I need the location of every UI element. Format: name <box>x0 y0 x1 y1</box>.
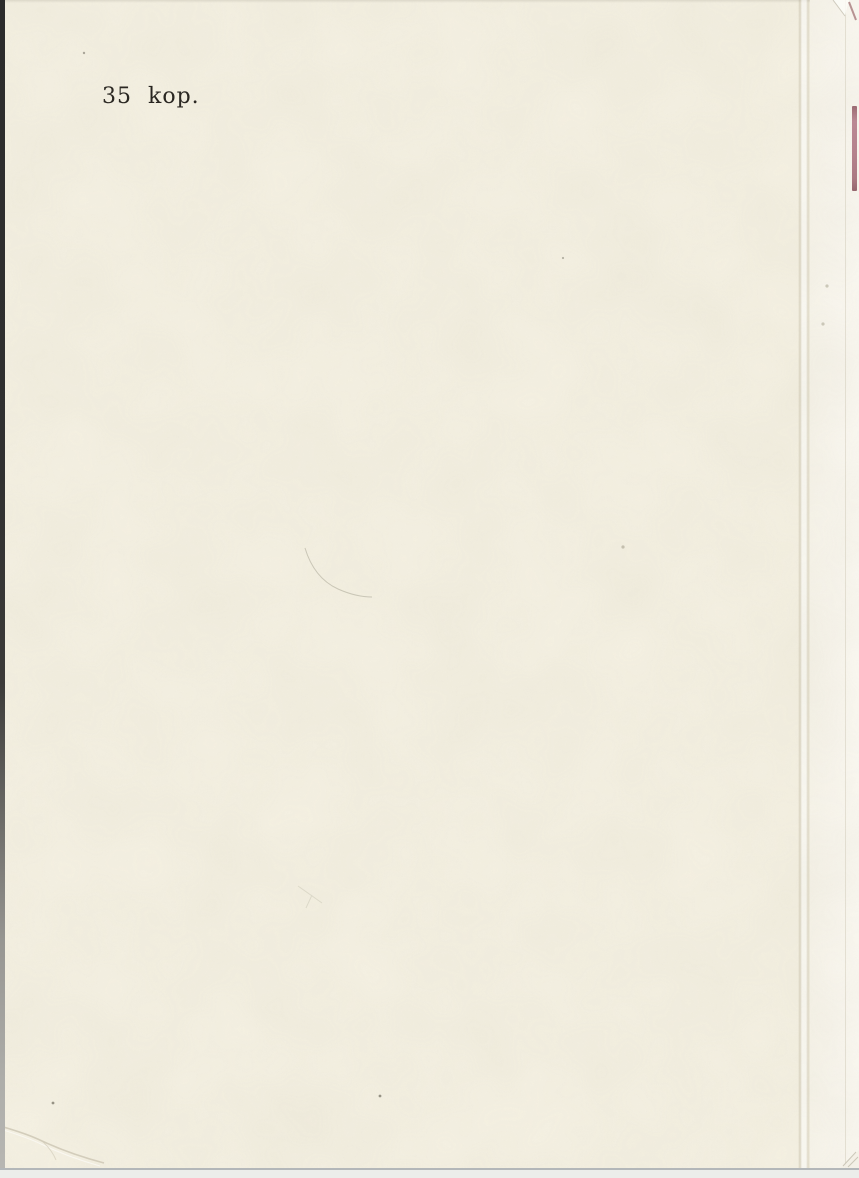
paper-speck <box>621 545 624 548</box>
scratch-mark <box>305 548 372 597</box>
corner-crease-bottom-left-shadow <box>0 1129 100 1166</box>
corner-crease-branch <box>42 1141 56 1160</box>
paper-fine-grain <box>0 0 859 1178</box>
corner-crease-bottom-left <box>0 1126 104 1163</box>
price-label: 35 kop. <box>102 84 200 109</box>
surface-marks <box>0 0 859 1178</box>
paper-speck <box>562 257 564 259</box>
paper-grain-texture <box>0 0 859 1178</box>
scanner-edge-left <box>0 0 5 1178</box>
paper-speck <box>83 52 85 54</box>
scanner-edge-bottom <box>0 1168 859 1178</box>
pink-ribbon-edge <box>852 106 857 191</box>
paper-speck <box>52 1102 55 1105</box>
spine-crease <box>798 0 810 1168</box>
scratch-mark-faint <box>298 886 322 908</box>
spine-inner-crease-line <box>845 0 846 1168</box>
scan-shadow-top <box>0 0 859 3</box>
paper-speck <box>379 1095 382 1098</box>
scanned-book-back-cover: 35 kop. <box>0 0 859 1178</box>
